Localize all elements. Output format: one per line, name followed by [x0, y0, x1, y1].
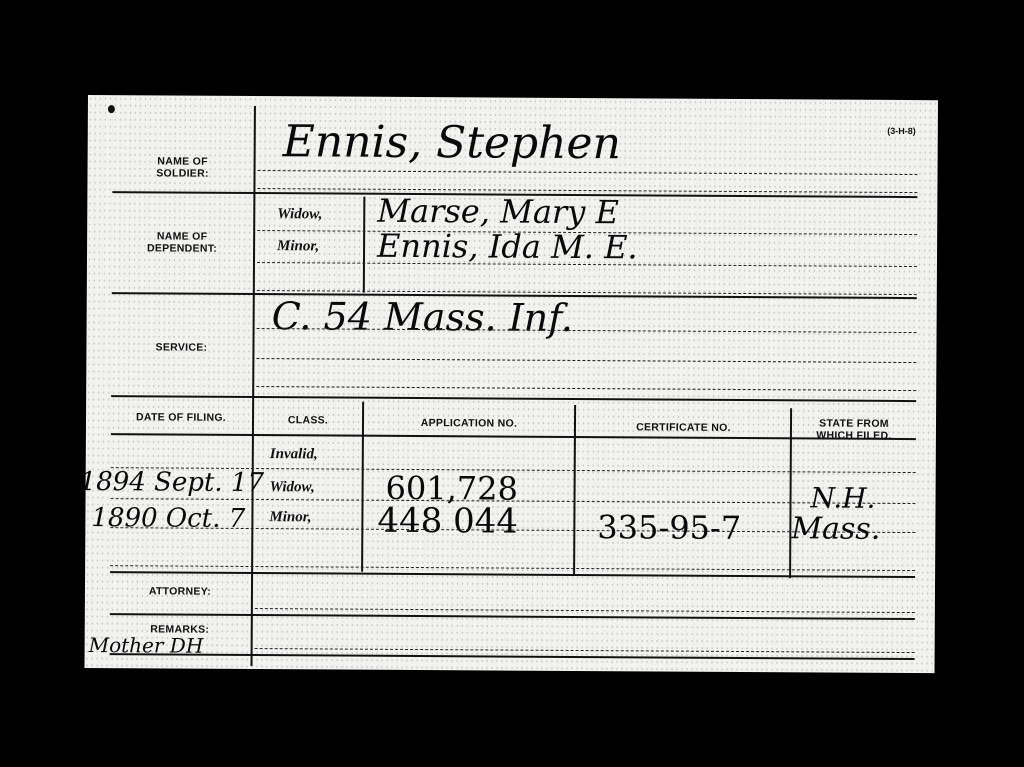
class-minor-label: Minor, [269, 509, 311, 526]
form-code: (3-H-8) [887, 126, 916, 136]
punch-hole-mark [108, 105, 115, 113]
pension-index-card: (3-H-8) NAME OF SOLDIER: Ennis, Stephen … [84, 95, 937, 673]
filing-2-date: 1890 Oct. 7 [91, 503, 245, 534]
dotted-rule [256, 386, 916, 391]
application-column-divider [573, 405, 576, 575]
left-column-divider [251, 106, 256, 666]
dependent-widow-label: Widow, [277, 206, 322, 223]
section-rule [110, 571, 915, 578]
label-service: SERVICE: [126, 341, 236, 354]
dotted-rule [258, 170, 918, 175]
class-column-divider [361, 402, 364, 572]
header-class: CLASS. [254, 414, 362, 427]
label-name-of-soldier: NAME OF SOLDIER: [127, 155, 237, 180]
filing-2-state: Mass. [791, 511, 880, 547]
dotted-rule [256, 358, 916, 363]
section-rule [111, 395, 916, 402]
dependent-minor-label: Minor, [277, 238, 319, 255]
dotted-rule [110, 565, 915, 571]
header-date-of-filing: DATE OF FILING. [111, 411, 251, 424]
dotted-rule [255, 648, 915, 653]
dotted-rule [255, 608, 915, 613]
class-widow-label: Widow, [270, 479, 315, 496]
soldier-name: Ennis, Stephen [283, 116, 621, 169]
filing-1-state: N.H. [810, 481, 875, 514]
dependent-type-divider [363, 197, 365, 293]
widow-name: Marse, Mary E [377, 192, 619, 231]
header-application-no: APPLICATION NO. [364, 417, 574, 430]
section-rule [110, 613, 915, 620]
service-value: C. 54 Mass. Inf. [272, 294, 574, 340]
section-rule [110, 653, 915, 660]
header-certificate-no: CERTIFICATE NO. [576, 421, 791, 434]
label-name-of-dependent: NAME OF DEPENDENT: [127, 230, 237, 255]
filing-2-certificate-no: 335-95-7 [597, 508, 741, 547]
class-invalid-label: Invalid, [270, 446, 318, 463]
label-attorney: ATTORNEY: [125, 585, 235, 598]
filing-1-date: 1894 Sept. 17 [80, 467, 265, 498]
certificate-column-divider [789, 408, 792, 578]
filing-2-application-no: 448 044 [377, 501, 518, 542]
